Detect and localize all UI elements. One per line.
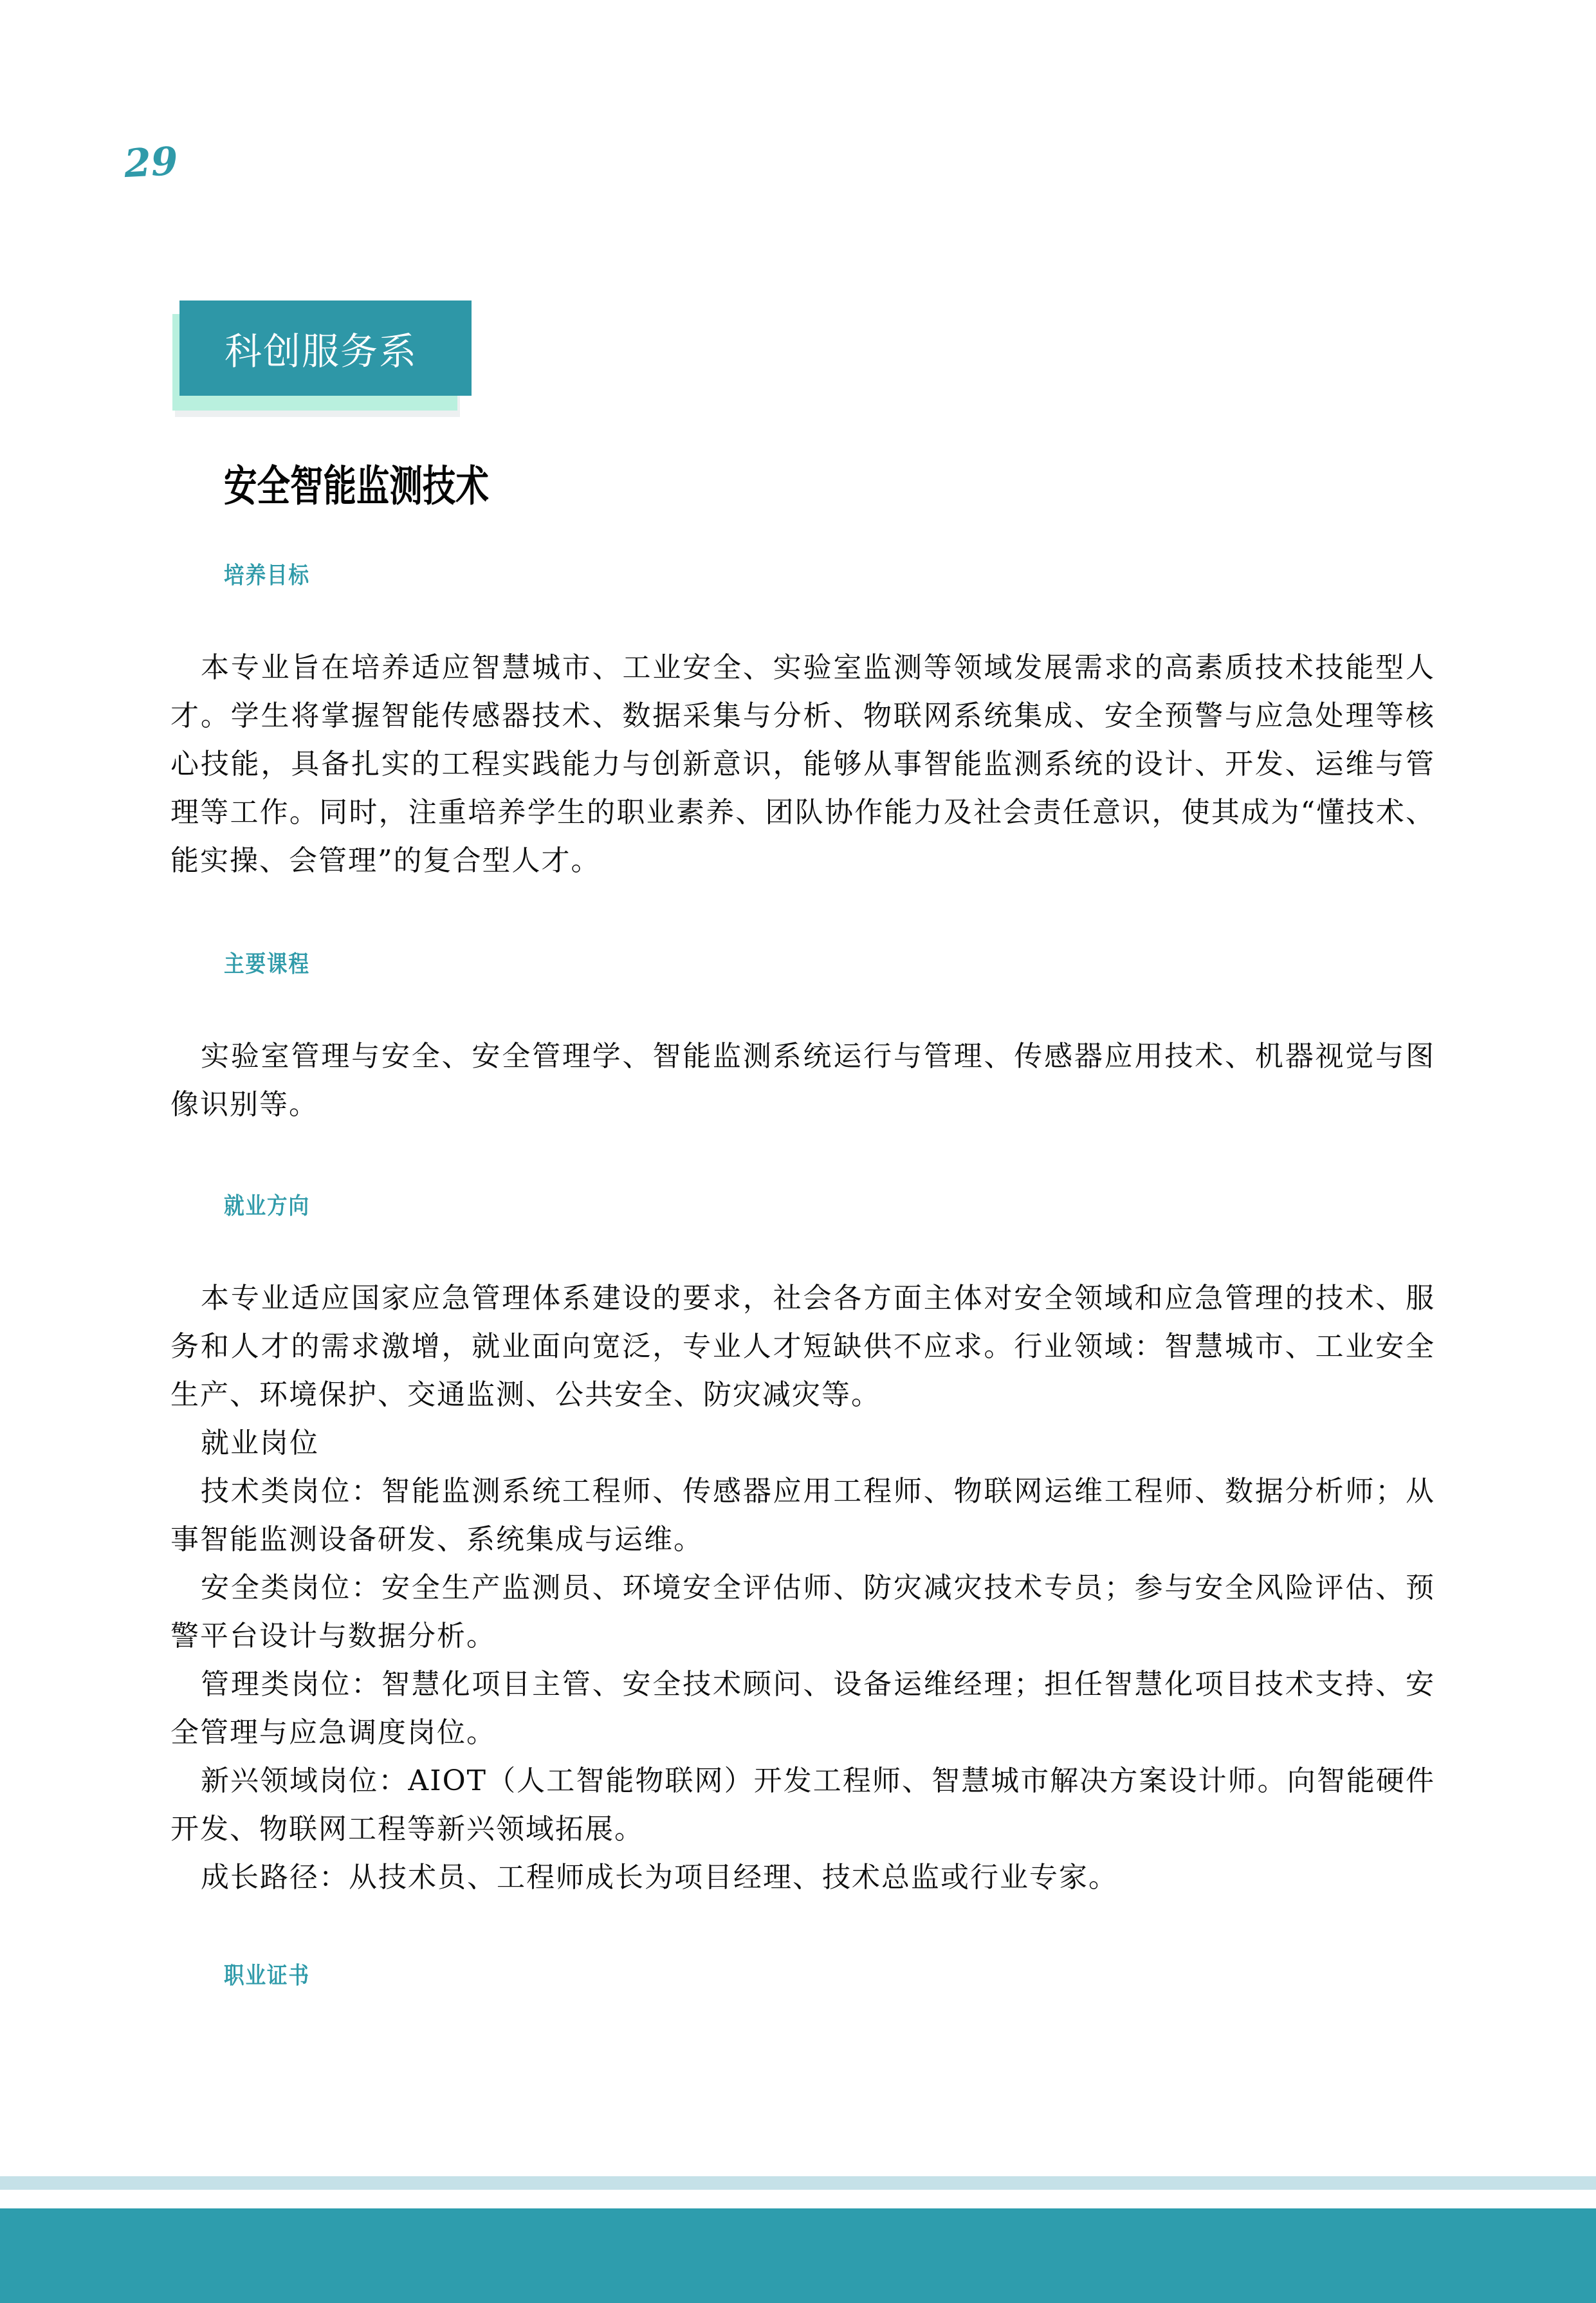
paragraph: 技术类岗位：智能监测系统工程师、传感器应用工程师、物联网运维工程师、数据分析师；… xyxy=(170,1467,1435,1564)
section-heading-training-objectives: 培养目标 xyxy=(224,557,310,590)
training-objectives-body: 本专业旨在培养适应智慧城市、工业安全、实验室监测等领域发展需求的高素质技术技能型… xyxy=(170,643,1435,885)
paragraph: 本专业旨在培养适应智慧城市、工业安全、实验室监测等领域发展需求的高素质技术技能型… xyxy=(170,643,1435,885)
paragraph: 新兴领域岗位：AIOT（人工智能物联网）开发工程师、智慧城市解决方案设计师。向智… xyxy=(170,1757,1435,1853)
paragraph: 实验室管理与安全、安全管理学、智能监测系统运行与管理、传感器应用技术、机器视觉与… xyxy=(170,1032,1435,1129)
paragraph: 安全类岗位：安全生产监测员、环境安全评估师、防灾减灾技术专员；参与安全风险评估、… xyxy=(170,1564,1435,1660)
program-title: 安全智能监测技术 xyxy=(224,452,489,513)
paragraph: 管理类岗位：智慧化项目主管、安全技术顾问、设备运维经理；担任智慧化项目技术支持、… xyxy=(170,1660,1435,1757)
section-heading-employment-direction: 就业方向 xyxy=(224,1188,310,1221)
paragraph: 本专业适应国家应急管理体系建设的要求，社会各方面主体对安全领域和应急管理的技术、… xyxy=(170,1274,1435,1419)
employment-direction-body: 本专业适应国家应急管理体系建设的要求，社会各方面主体对安全领域和应急管理的技术、… xyxy=(170,1274,1435,1901)
paragraph: 就业岗位 xyxy=(170,1419,1435,1467)
banner-teal-box: 科创服务系 xyxy=(179,301,472,396)
main-courses-body: 实验室管理与安全、安全管理学、智能监测系统运行与管理、传感器应用技术、机器视觉与… xyxy=(170,1032,1435,1129)
department-banner-label: 科创服务系 xyxy=(179,321,417,375)
page: 29 科创服务系 安全智能监测技术 培养目标 本专业旨在培养适应智慧城市、工业安… xyxy=(0,0,1596,2303)
page-number: 29 xyxy=(123,139,179,187)
section-heading-main-courses: 主要课程 xyxy=(224,946,310,979)
section-heading-professional-certificates: 职业证书 xyxy=(224,1957,310,1990)
footer-pale-bar xyxy=(0,2176,1596,2190)
paragraph: 成长路径：从技术员、工程师成长为项目经理、技术总监或行业专家。 xyxy=(170,1853,1435,1901)
footer-teal-bar xyxy=(0,2208,1596,2303)
